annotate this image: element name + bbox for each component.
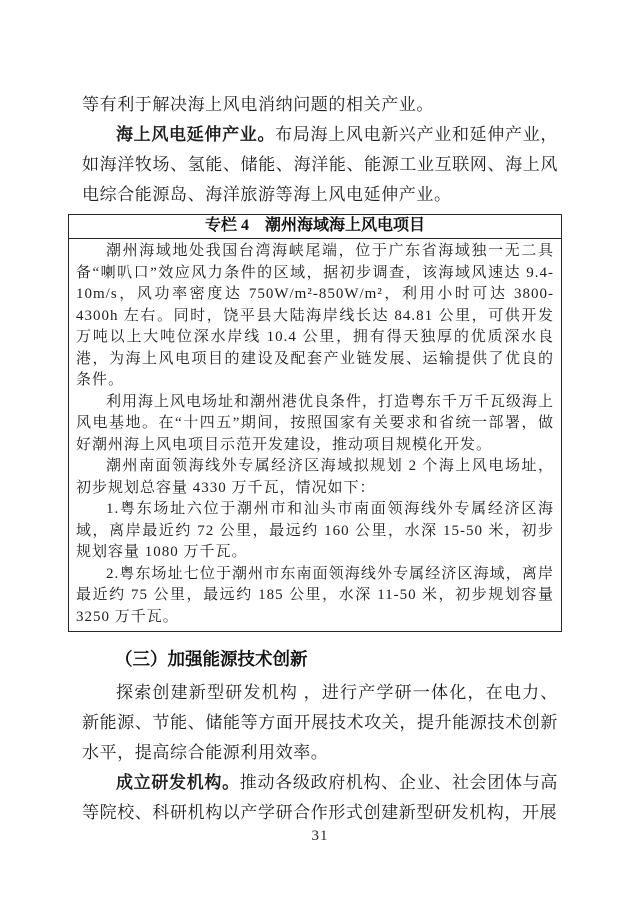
- paragraph-extension-industry: 海上风电延伸产业。布局海上风电新兴产业和延伸产业，如海洋牧场、氢能、储能、海洋能…: [82, 120, 558, 210]
- callout-paragraph-3: 潮州南面领海线外专属经济区海域拟规划 2 个海上风电场址，初步规划总容量 433…: [76, 456, 554, 499]
- document-page: 等有利于解决海上风电消纳问题的相关产业。 海上风电延伸产业。布局海上风电新兴产业…: [0, 0, 640, 905]
- callout-paragraph-4: 1.粤东场址六位于潮州市和汕头市南面领海线外专属经济区海域，离岸最近约 72 公…: [76, 499, 554, 564]
- paragraph-text: 等有利于解决海上风电消纳问题的相关产业。: [82, 95, 434, 114]
- callout-box-title: 专栏 4 潮州海域海上风电项目: [69, 215, 561, 239]
- callout-paragraph-1: 潮州海域地处我国台湾海峡尾端，位于广东省海域独一无二具备“喇叭口”效应风力条件的…: [76, 241, 554, 392]
- callout-paragraph-2: 利用海上风电场址和潮州港优良条件，打造粤东千万千瓦级海上风电基地。在“十四五”期…: [76, 392, 554, 457]
- callout-box-body: 潮州海域地处我国台湾海峡尾端，位于广东省海域独一无二具备“喇叭口”效应风力条件的…: [69, 239, 561, 631]
- callout-paragraph-5: 2.粤东场址七位于潮州市东南面领海线外专属经济区海域，离岸最近约 75 公里，最…: [76, 564, 554, 629]
- paragraph-tech-innovation: 探索创建新型研发机构 ，进行产学研一体化，在电力、新能源、节能、储能等方面开展技…: [82, 678, 558, 768]
- paragraph-rd-institutions: 成立研发机构。推动各级政府机构、企业、社会团体与高等院校、科研机构以产学研合作形…: [82, 768, 558, 828]
- paragraph-text: 探索创建新型研发机构 ，进行产学研一体化，在电力、新能源、节能、储能等方面开展技…: [82, 683, 558, 762]
- paragraph-lead-bold: 成立研发机构。: [116, 773, 240, 792]
- section-heading: （三）加强能源技术创新: [82, 646, 558, 672]
- callout-box-column-4: 专栏 4 潮州海域海上风电项目 潮州海域地处我国台湾海峡尾端，位于广东省海域独一…: [68, 214, 562, 632]
- paragraph-lead-bold: 海上风电延伸产业。: [116, 125, 275, 144]
- paragraph-continuation: 等有利于解决海上风电消纳问题的相关产业。: [82, 90, 558, 120]
- page-number: 31: [0, 828, 640, 845]
- page-content: 等有利于解决海上风电消纳问题的相关产业。 海上风电延伸产业。布局海上风电新兴产业…: [82, 90, 558, 828]
